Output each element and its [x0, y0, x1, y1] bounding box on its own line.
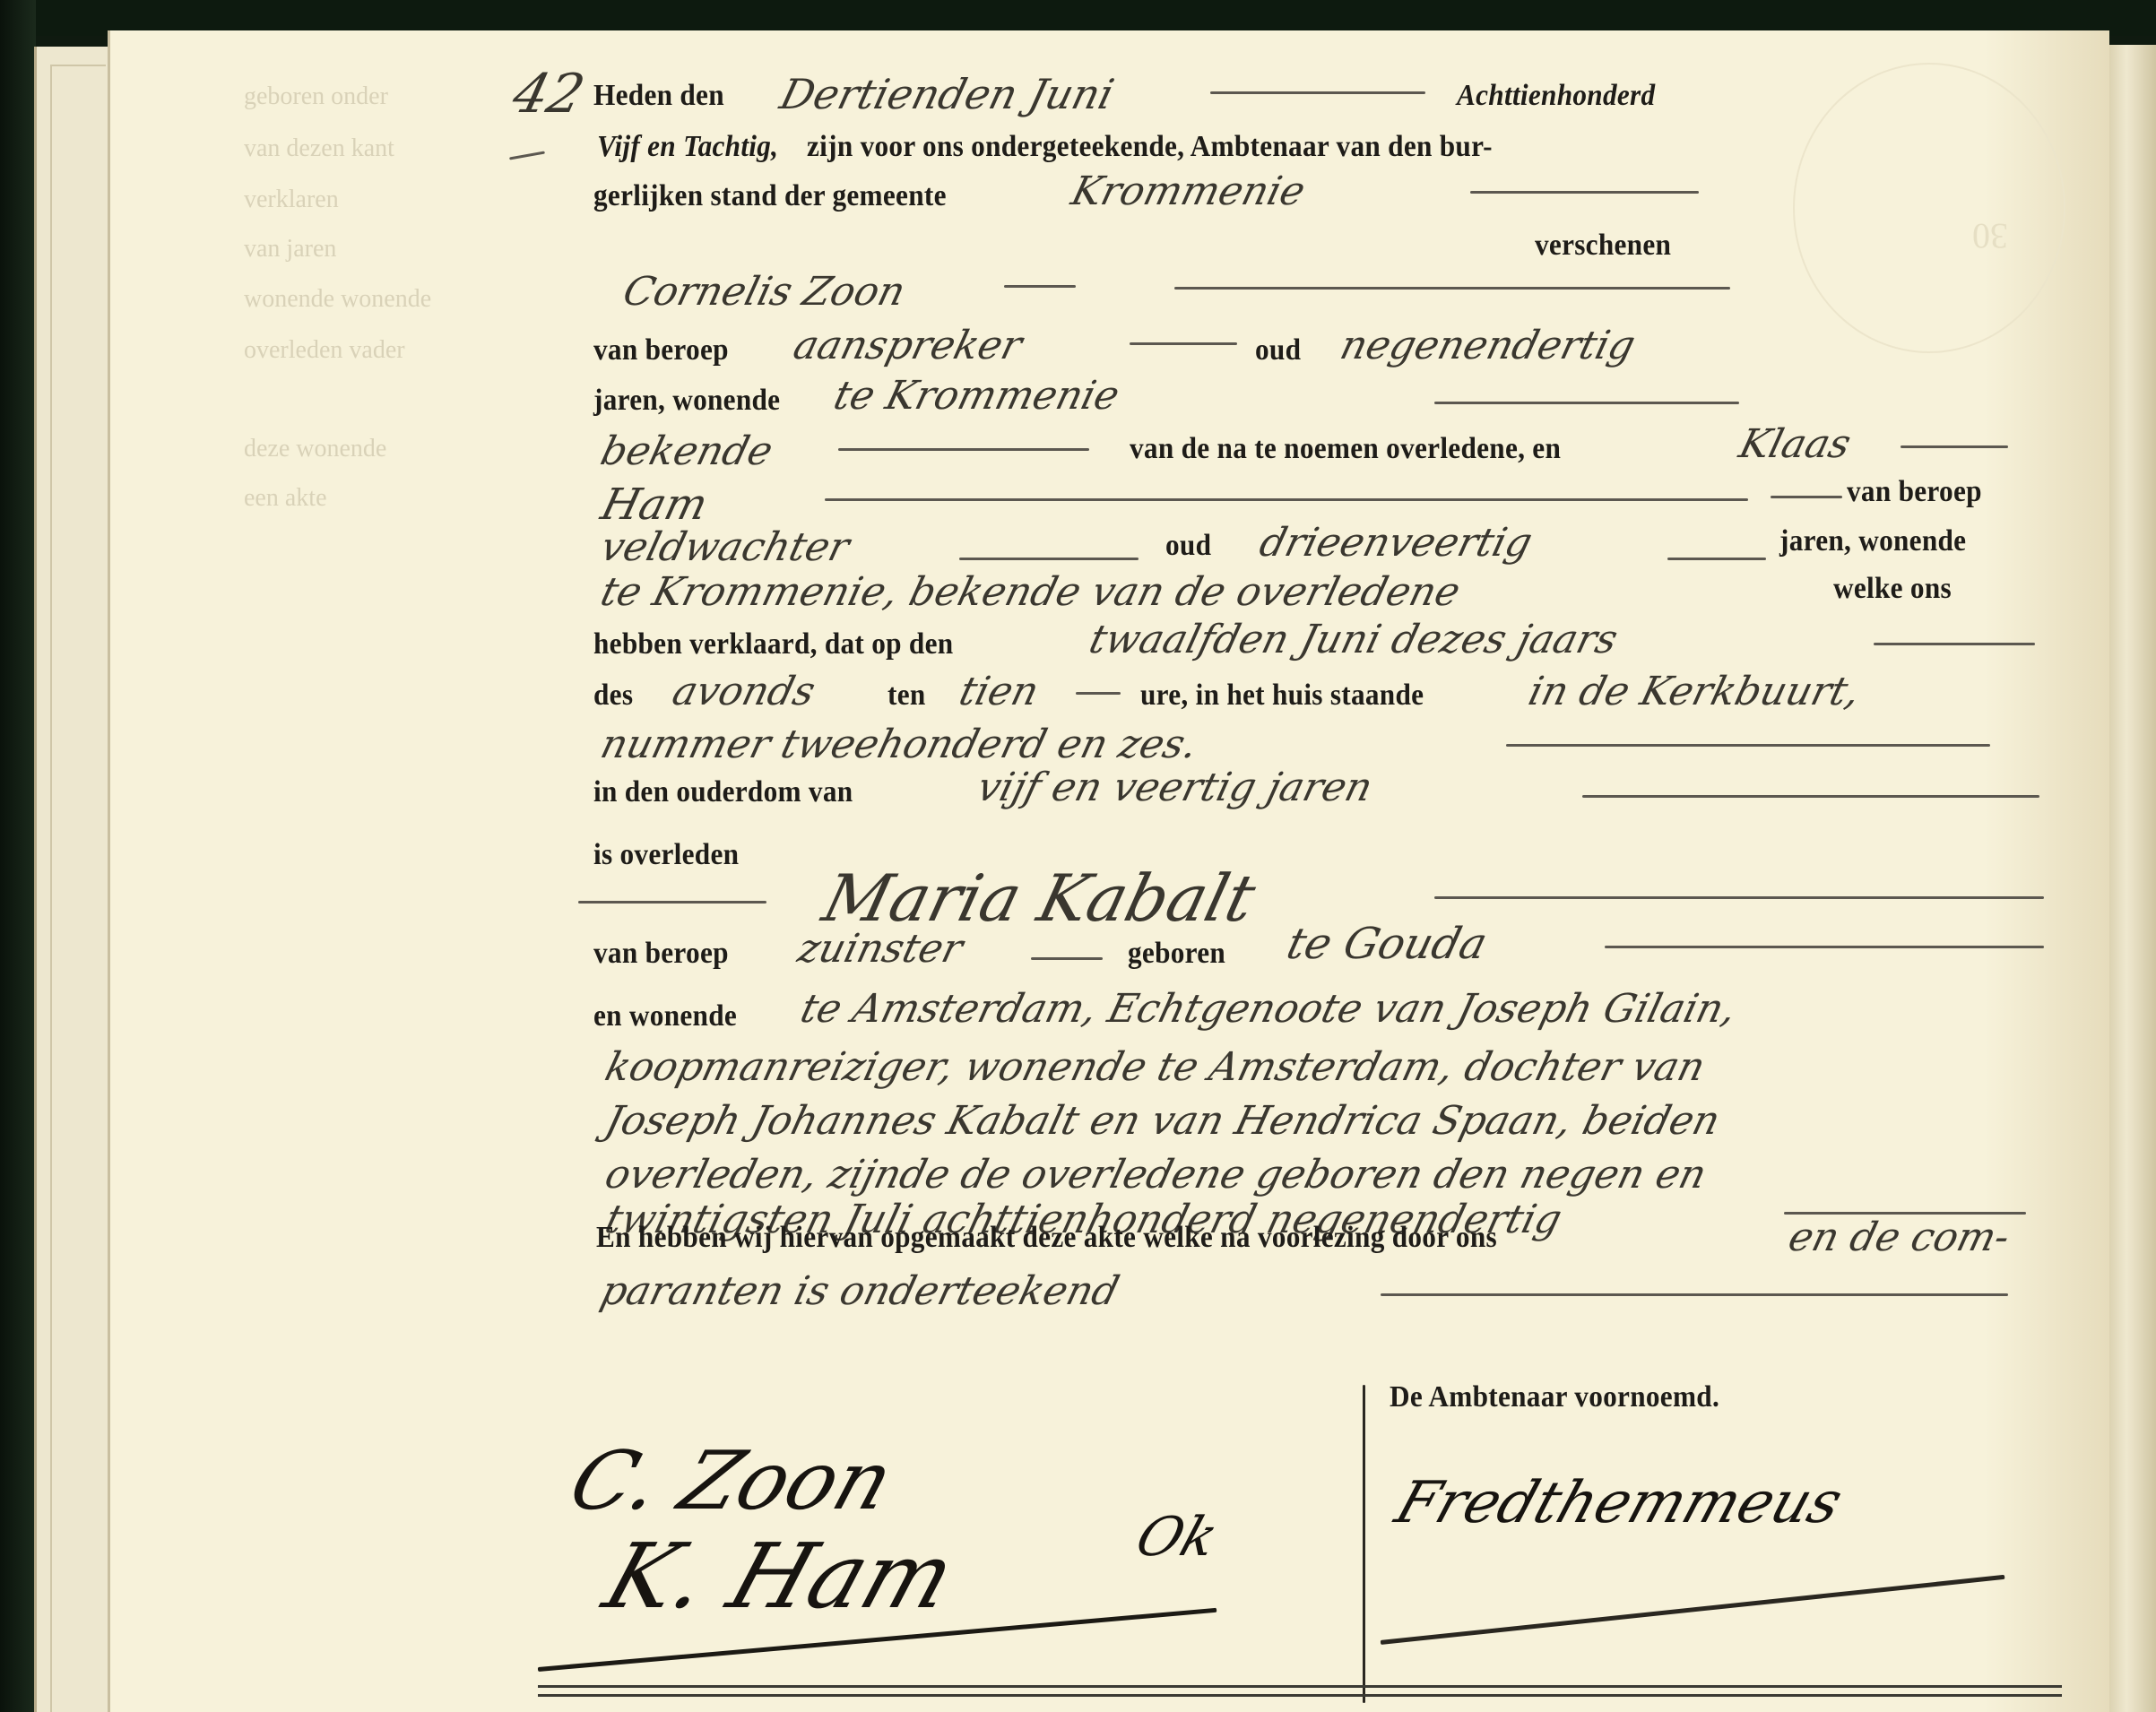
embossed-seal	[1793, 63, 2065, 353]
fill-line	[1874, 643, 2035, 645]
bleed-through-text: een akte	[244, 484, 327, 513]
hw-witness1-residence: te Krommenie	[829, 373, 1124, 419]
printed-jaren-wonende: jaren, wonende	[1779, 524, 1966, 558]
printed-en-wonende: en wonende	[593, 999, 737, 1033]
fill-line	[1076, 692, 1121, 695]
signature-witness2: K. Ham	[593, 1524, 967, 1629]
printed-welke-ons: welke ons	[1833, 572, 1952, 606]
hw-gemeente: Krommenie	[1067, 169, 1310, 214]
hw-birthplace: te Gouda	[1282, 919, 1492, 969]
printed-hebben-verklaard: hebben verklaard, dat op den	[593, 627, 953, 661]
fill-line	[1434, 896, 2044, 899]
printed-van-beroep: van beroep	[593, 333, 729, 367]
printed-closing: En hebben wij hiervan opgemaakt deze akt…	[596, 1221, 1497, 1255]
fill-line	[1174, 287, 1730, 290]
hw-death-date: twaalfden Juni dezes jaars	[1085, 617, 1622, 662]
hw-witness2-occupation: veldwachter	[596, 524, 853, 570]
fill-line	[1130, 342, 1237, 345]
signature-witness1: C. Zoon	[558, 1434, 905, 1528]
hw-house-location: in de Kerkbuurt,	[1524, 669, 1865, 714]
printed-ambtenaar: De Ambtenaar voornoemd.	[1390, 1380, 1719, 1414]
bleed-through-text: deze wonende	[244, 435, 386, 463]
fill-line	[1506, 744, 1990, 747]
printed-des: des	[593, 679, 633, 713]
previous-page-border	[50, 65, 106, 1712]
fill-line	[1901, 445, 2008, 448]
bleed-through-text: overleden vader	[244, 336, 405, 365]
printed-heden-den: Heden den	[593, 79, 724, 113]
printed-van-beroep: van beroep	[593, 937, 729, 971]
printed-vijf-en-tachtig: Vijf en Tachtig,	[597, 130, 778, 164]
hw-house-number: nummer tweehonderd en zes.	[596, 722, 1202, 767]
hw-closing-1: en de com-	[1784, 1215, 2014, 1260]
printed-geboren: geboren	[1128, 937, 1225, 971]
signature-official: Fredthemmeus	[1388, 1470, 1850, 1536]
printed-achttienhonderd: Achttienhonderd	[1457, 79, 1655, 113]
seal-number: 30	[1972, 215, 2008, 257]
bleed-through-text: verklaren	[244, 186, 339, 214]
printed-oud: oud	[1165, 529, 1211, 563]
book-cover-left	[0, 0, 36, 1712]
printed-line2: zijn voor ons ondergeteekende, Ambtenaar…	[807, 130, 1493, 164]
fill-line	[578, 901, 766, 904]
hw-hour: tien	[955, 669, 1043, 714]
hw-closing-2: paranten is onderteekend	[596, 1268, 1123, 1314]
bleed-through-text: van jaren	[244, 235, 336, 264]
hw-deceased-name: Maria Kabalt	[816, 860, 1263, 936]
hw-residence-line4: overleden, zijnde de overledene geboren …	[601, 1152, 1711, 1198]
fill-line	[1582, 795, 2039, 798]
bleed-through-text: geboren onder	[244, 82, 388, 111]
fill-line	[1381, 1293, 2008, 1296]
fill-line	[1004, 285, 1076, 288]
printed-is-overleden: is overleden	[593, 838, 739, 872]
hw-witness1-occupation: aanspreker	[789, 323, 1026, 368]
hw-time-of-day: avonds	[668, 669, 819, 714]
hw-witness1-relation: bekende	[596, 428, 777, 474]
hw-witness2-age: drieenveertig	[1255, 520, 1537, 566]
hw-witness2-residence: te Krommenie, bekende van de overledene	[596, 569, 1465, 615]
printed-van-de-na: van de na te noemen overledene, en	[1130, 432, 1561, 466]
signature-brace	[1363, 1385, 1365, 1703]
fill-line	[1667, 558, 1766, 560]
printed-verschenen: verschenen	[1535, 229, 1671, 263]
hw-date: Dertienden Juni	[775, 70, 1119, 118]
hw-witness2-last: Ham	[596, 480, 713, 530]
printed-ure: ure, in het huis staande	[1140, 679, 1424, 713]
hw-witness2-first: Klaas	[1735, 421, 1856, 467]
fill-line	[1771, 496, 1842, 498]
hw-deceased-occupation: zuinster	[793, 926, 967, 972]
printed-van-beroep: van beroep	[1847, 475, 1982, 509]
double-rule-bottom	[538, 1694, 2062, 1697]
hw-witness1-age: negenendertig	[1336, 323, 1640, 368]
fill-line	[825, 498, 1748, 501]
bleed-through-text: van dezen kant	[244, 134, 394, 163]
fill-line	[1210, 91, 1425, 94]
printed-gemeente: gerlijken stand der gemeente	[593, 179, 947, 213]
hw-age-deceased: vijf en veertig jaren	[973, 765, 1377, 810]
bleed-through-text: wonende wonende	[244, 285, 431, 314]
printed-in-den-ouderdom: in den ouderdom van	[593, 775, 853, 809]
hw-residence-line3: Joseph Johannes Kabalt en van Hendrica S…	[601, 1098, 1725, 1144]
fill-line	[1031, 957, 1103, 960]
printed-ten: ten	[888, 679, 926, 713]
fill-line	[959, 558, 1139, 560]
hw-residence-line2: koopmanreiziger, wonende te Amsterdam, d…	[601, 1044, 1710, 1090]
page-stack-right-edge	[2107, 45, 2156, 1712]
fill-line	[1470, 191, 1699, 194]
hw-witness1-name: Cornelis Zoon	[619, 269, 910, 315]
printed-oud: oud	[1255, 333, 1301, 367]
double-rule-top	[538, 1685, 2062, 1688]
printed-jaren-wonende: jaren, wonende	[593, 384, 780, 418]
fill-line	[1434, 402, 1739, 404]
fill-line	[1605, 946, 2044, 948]
hw-residence-line1: te Amsterdam, Echtgenoote van Joseph Gil…	[796, 986, 1741, 1032]
fill-line	[838, 448, 1089, 451]
